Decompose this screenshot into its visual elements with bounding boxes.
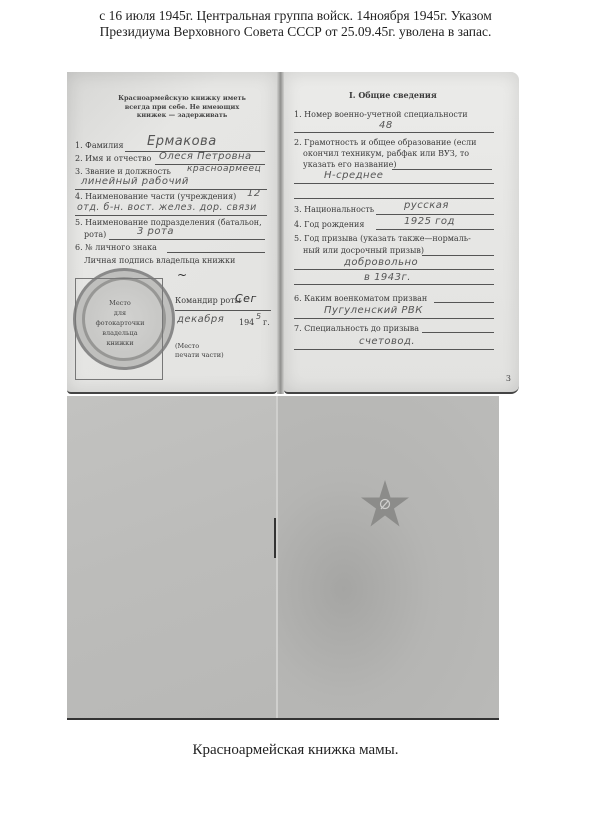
carry-notice: Красноармейскую книжку иметь всегда при …: [117, 94, 247, 120]
field-value-commissariat: Пугуленский РВК: [324, 305, 423, 316]
field-label-surname: 1. Фамилия: [75, 141, 124, 150]
notice-line: всегда при себе. Не имеющих: [117, 103, 247, 112]
field-label-unit: 4. Наименование части (учреждения): [75, 192, 236, 201]
field-value-surname: Ермакова: [147, 134, 217, 149]
booklet-scan: Красноармейскую книжку иметь всегда при …: [67, 72, 520, 722]
owner-signature: ~: [177, 268, 188, 282]
date-value: декабря: [177, 314, 224, 325]
year-prefix: 194: [239, 318, 254, 327]
field-value-specialty-number: 48: [379, 120, 393, 131]
left-inner-page: Красноармейскую книжку иметь всегда при …: [67, 72, 277, 394]
field-value-education: Н-среднее: [324, 170, 383, 181]
field-value-company: 3 рота: [137, 226, 174, 237]
page-number: 3: [506, 374, 511, 383]
field-label-tag-number: 6. № личного знака: [75, 243, 157, 252]
field-value-rank: красноармеец: [187, 164, 261, 174]
seal-place-text: (Место печати части): [175, 342, 224, 360]
field-label-draft-year: 5. Год призыва (указать также—нормаль-: [294, 234, 471, 243]
field-label-rank: 3. Звание и должность: [75, 167, 171, 176]
field-label-name: 2. Имя и отчество: [75, 154, 151, 163]
booklet-spine: [277, 72, 284, 394]
field-label-education: 2. Грамотность и общее образование (если: [294, 138, 476, 147]
back-cover: [67, 396, 277, 720]
header-caption: с 16 июля 1945г. Центральная группа войс…: [0, 8, 591, 40]
year-g: г.: [263, 318, 270, 327]
photo-line: фотокарточки: [95, 318, 145, 328]
notice-line: книжек — задерживать: [117, 111, 247, 120]
photo-line: книжки: [95, 338, 145, 348]
field-value-unit: отд. б-н. вост. желез. дор. связи: [77, 202, 257, 213]
field-value-unit-number: 12: [247, 188, 261, 199]
commander-label: Командир роты: [175, 296, 241, 305]
field-value-birth-year: 1925 год: [404, 216, 455, 227]
seal-line: печати части): [175, 351, 224, 360]
field-label-birth-year: 4. Год рождения: [294, 220, 364, 229]
field-value-nationality: русская: [404, 200, 449, 211]
red-star-emblem-icon: [360, 480, 410, 528]
field-label-commissariat: 6. Каким военкоматом призван: [294, 294, 427, 303]
field-label-nationality: 3. Национальность: [294, 205, 374, 214]
header-caption-line2: Президиума Верховного Совета СССР от 25.…: [0, 24, 591, 40]
year-suffix: 5: [256, 312, 262, 321]
photo-placeholder-text: Место для фотокарточки владельца книжки: [95, 298, 145, 348]
field-value-draft-year: в 1943г.: [364, 272, 411, 283]
commander-signature: Сег: [235, 292, 257, 305]
staple: [274, 518, 276, 558]
field-label-prewar-specialty: 7. Специальность до призыва: [294, 324, 419, 333]
right-inner-page: I. Общие сведения 1. Номер военно-учетно…: [284, 72, 519, 394]
photo-line: Место: [95, 298, 145, 308]
field-value-name: Олеся Петровна: [159, 151, 252, 162]
field-value-position: линейный рабочий: [81, 176, 189, 187]
notice-line: Красноармейскую книжку иметь: [117, 94, 247, 103]
field-label-education-2: окончил техникум, рабфак или ВУЗ, то: [303, 149, 469, 158]
seal-line: (Место: [175, 342, 224, 351]
field-label-specialty-number: 1. Номер военно-учетной специальности: [294, 110, 468, 119]
photo-line: для: [95, 308, 145, 318]
field-label-company: рота): [84, 230, 106, 239]
front-cover: [277, 396, 499, 720]
field-value-draft-type: добровольно: [344, 257, 418, 268]
signature-label: Личная подпись владельца книжки: [84, 256, 235, 265]
field-label-education-3: указать его название): [303, 160, 396, 169]
cover-fold: [276, 396, 278, 718]
photo-line: владельца: [95, 328, 145, 338]
field-value-prewar-specialty: счетовод.: [359, 336, 415, 347]
field-label-draft-year-2: ный или досрочный призыв): [303, 246, 424, 255]
header-caption-line1: с 16 июля 1945г. Центральная группа войс…: [0, 8, 591, 24]
section-title: I. Общие сведения: [349, 90, 437, 100]
footer-caption: Красноармейская книжка мамы.: [0, 742, 591, 759]
